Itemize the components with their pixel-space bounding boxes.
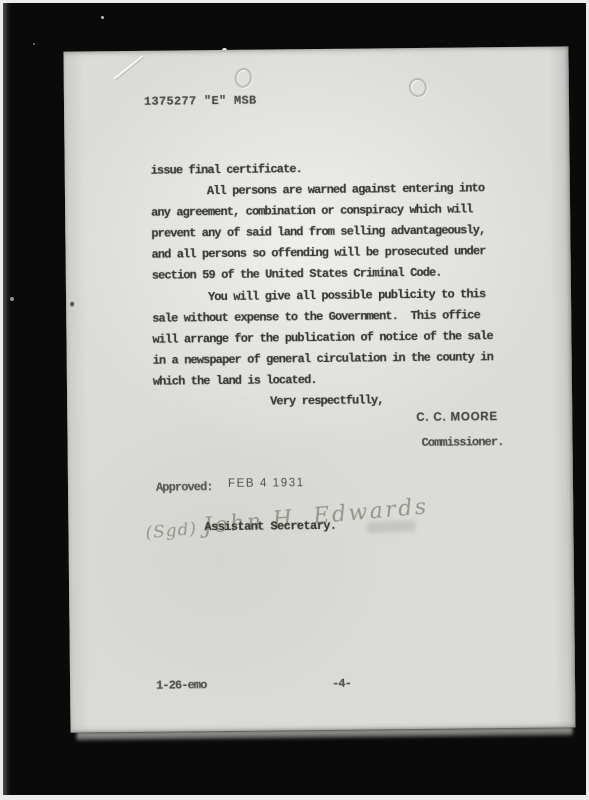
dust-speck (33, 43, 35, 45)
commissioner-name: C. C. MOORE (416, 411, 498, 424)
page-number: -4- (332, 677, 351, 691)
punch-hole (408, 77, 429, 98)
film-edge (3, 3, 10, 795)
signer-title: Assistant Secretary. (204, 519, 336, 534)
punch-hole (233, 66, 254, 89)
scratch-mark (113, 55, 143, 79)
footer-reference: 1-26-emo (156, 678, 207, 693)
commissioner-title: Commissioner. (421, 435, 503, 450)
valediction-line: Very respectfully, (153, 389, 525, 414)
dust-speck (101, 16, 104, 19)
letter-body: issue final certificate. All persons are… (151, 157, 526, 414)
document-page: 1375277 "E" MSB issue final certificate.… (63, 46, 575, 732)
approved-label: Approved: (156, 480, 213, 495)
file-number: 1375277 "E" MSB (144, 94, 257, 109)
scan-frame: 1375277 "E" MSB issue final certificate.… (0, 0, 589, 800)
ink-spot (70, 302, 74, 307)
body-line: in a newspaper of general circulation in… (153, 347, 525, 372)
dust-speck (10, 297, 14, 301)
faint-stamp-mark (367, 521, 415, 533)
signature-sgd-prefix: (Sgd) (145, 518, 205, 543)
